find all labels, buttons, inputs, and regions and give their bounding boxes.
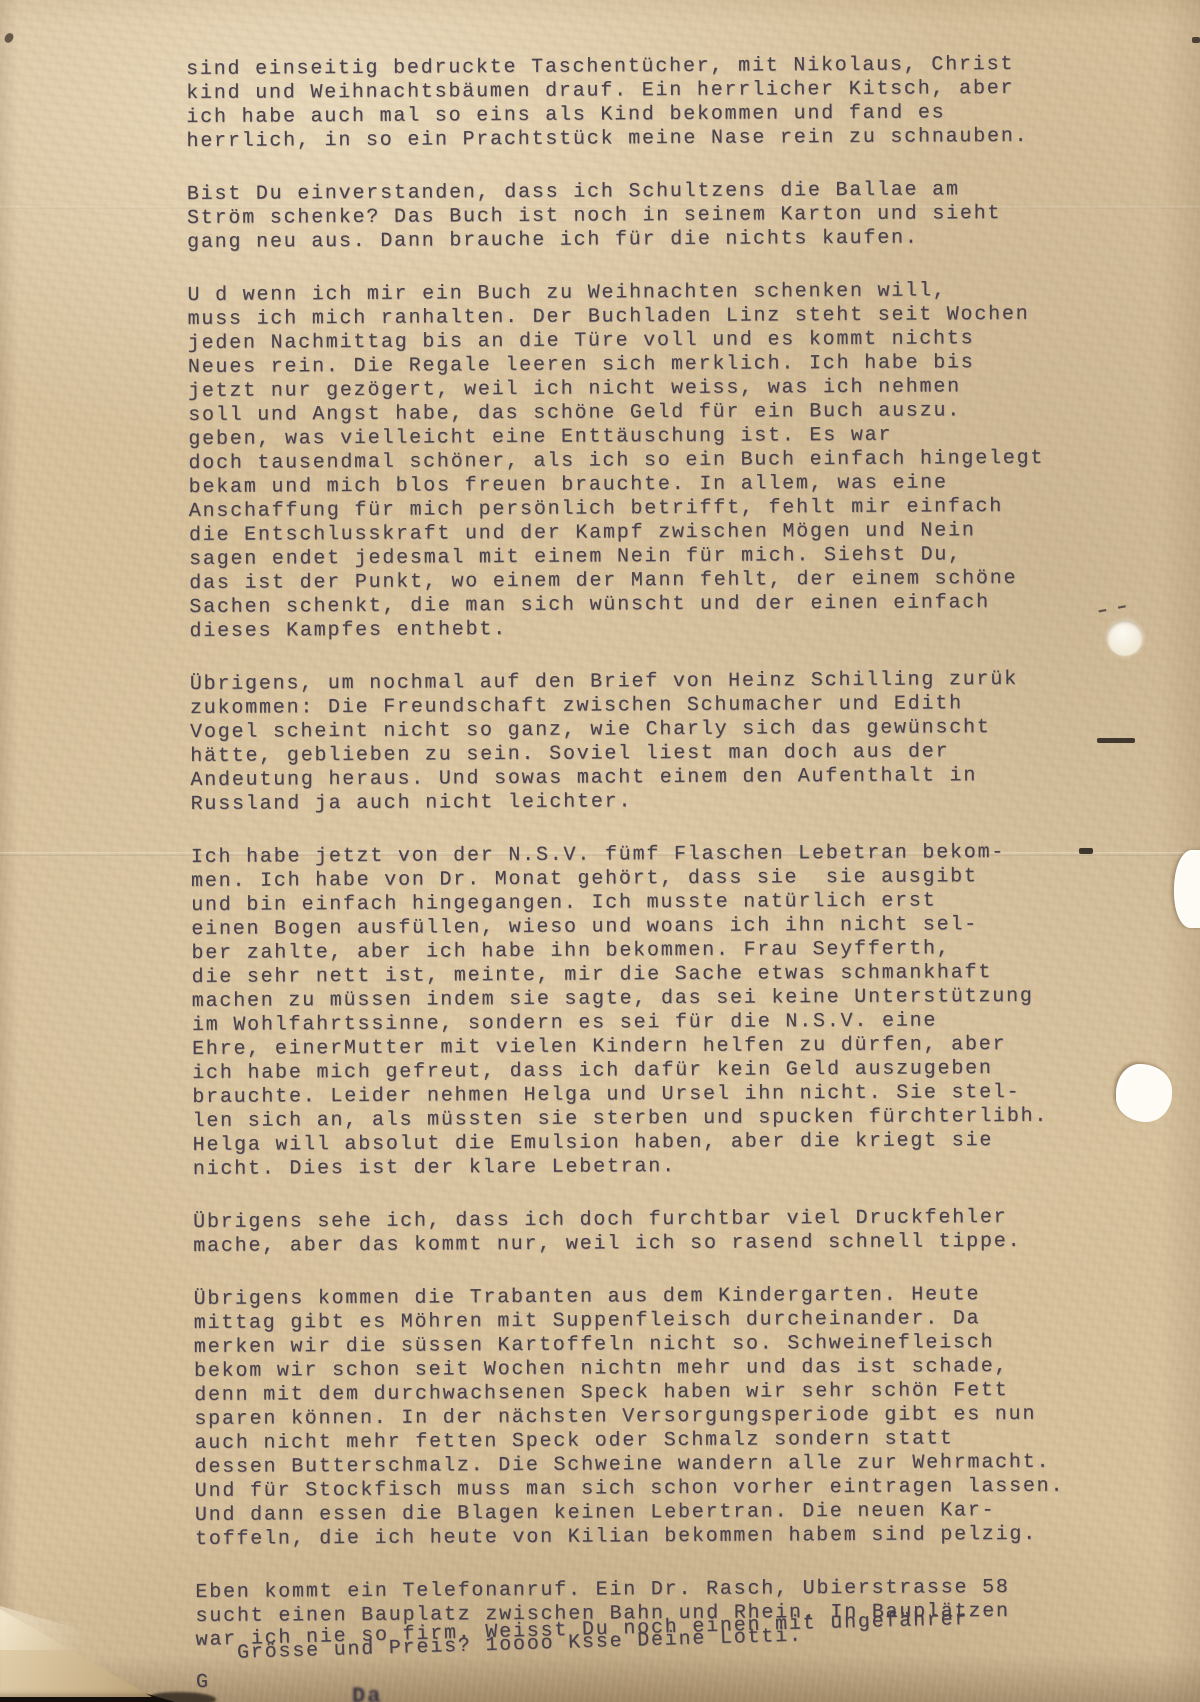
letter-page: sind einseitig bedruckte Taschentücher, … — [0, 0, 1200, 1702]
paragraph: U d wenn ich mir ein Buch zu Weihnachten… — [187, 278, 1169, 644]
paper-tear-spot — [1116, 1064, 1172, 1122]
paragraph: Ich habe jetzt von der N.S.V. fümf Flasc… — [191, 840, 1173, 1182]
paragraph: sind einseitig bedruckte Taschentücher, … — [186, 52, 1167, 154]
paragraph: Übrigens kommen die Trabanten aus dem Ki… — [194, 1282, 1176, 1552]
paper-edge-tear — [1174, 850, 1200, 928]
letter-line: herrlich, in so ein Prachtstück meine Na… — [186, 124, 1166, 154]
edge-mark — [1192, 37, 1200, 43]
edge-mark — [1079, 848, 1093, 854]
ink-speck — [3, 32, 14, 44]
paragraph: Eben kommt ein Telefonanruf. Ein Dr. Ras… — [195, 1575, 1176, 1667]
edge-mark — [1097, 738, 1135, 743]
letter-line: gang neu aus. Dann brauche ich für die n… — [187, 225, 1167, 255]
cutoff-text-fragment: Da — [352, 1684, 382, 1702]
letter-line: Russland ja auch nicht leichter. — [190, 787, 1170, 817]
letter-body: sind einseitig bedruckte Taschentücher, … — [186, 52, 1176, 1695]
paragraph: Übrigens, um nochmal auf den Brief von H… — [190, 667, 1171, 817]
letter-line: nicht. Dies ist der klare Lebetran. — [193, 1152, 1173, 1182]
letter-line: toffeln, die ich heute von Kilian bekomm… — [195, 1522, 1175, 1552]
stray-character: G — [196, 1665, 1176, 1695]
letter-line: mache, aber das kommt nur, weil ich so r… — [193, 1229, 1173, 1259]
folded-corner-highlight — [0, 1606, 150, 1650]
letter-line: dieses Kampfes enthebt. — [189, 614, 1169, 644]
paragraph: Übrigens sehe ich, dass ich doch furchtb… — [193, 1205, 1173, 1259]
paragraph: Bist Du einverstanden, dass ich Schultze… — [187, 177, 1167, 255]
